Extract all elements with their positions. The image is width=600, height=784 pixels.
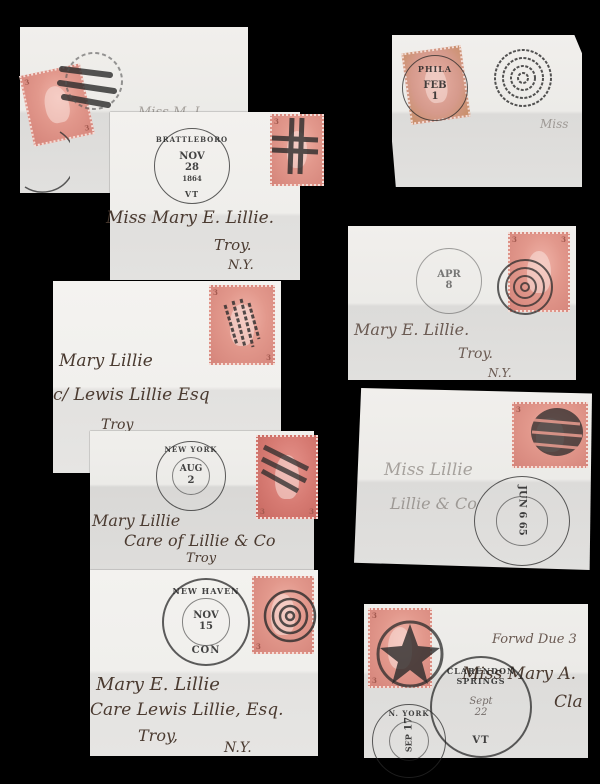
cover-8: NEW HAVEN NOV 15 CON 3 Mary E. Lillie Ca… (90, 570, 318, 756)
target-cancel-icon (492, 47, 554, 109)
address-line-1: Mary E. Lillie. (354, 320, 469, 339)
address-line-1: Miss Mary E. Lillie. (106, 208, 274, 228)
address-line-3: N.Y. (228, 258, 254, 273)
address-line-3: Troy, (138, 726, 178, 745)
address-line: Miss (540, 117, 568, 131)
stamp-9: 3 3 (368, 608, 432, 688)
address-line-1: Mary Lillie (59, 351, 153, 371)
address-line-3: N.Y. (488, 366, 512, 380)
address-line-2: Care of Lillie & Co (124, 531, 275, 550)
postmark-new-york: N. YORK SEP 17 (372, 704, 446, 778)
cover-9: 3 3 Forwd Due 3 Miss Mary A. Cla CLAREND… (364, 604, 588, 758)
cover-7: NEW YORK AUG 2 3 3 Mary Lillie Care of L… (90, 431, 314, 571)
cover-4: APR 8 3 3 Mary E. Lillie. Troy. N.Y. (348, 226, 576, 380)
stamp-4: 3 3 (508, 232, 570, 312)
forwarded-due-notation: Forwd Due 3 (492, 632, 577, 647)
address-line-2: Care Lewis Lillie, Esq. (90, 700, 284, 720)
address-line-2: Lillie & Co (390, 494, 477, 513)
stamp-8: 3 (252, 576, 314, 654)
address-line-4: N.Y. (224, 740, 252, 756)
address-line-2: Cla (554, 692, 583, 712)
address-line-2: Troy. (214, 236, 251, 254)
postmark-jun: JUN 6 65 (474, 476, 570, 566)
address-line-1: Miss Lillie (384, 460, 473, 480)
cover-6: 3 JUN 6 65 Miss Lillie Lillie & Co (354, 388, 592, 570)
address-line-3: Troy (186, 551, 216, 566)
postmark-new-haven: NEW HAVEN NOV 15 CON (162, 578, 250, 666)
stamp-5: 3 3 (209, 285, 275, 365)
address-line-1: Mary Lillie (92, 511, 180, 530)
postmark-brattleboro: BRATTLEBORO NOV 28 1864 VT (154, 128, 230, 204)
address-line-1: Mary E. Lillie (96, 674, 220, 695)
address-line-2: Troy. (458, 346, 493, 362)
postmark-new-york: NEW YORK AUG 2 (156, 441, 226, 511)
stamp-7: 3 3 (256, 435, 318, 519)
postmark-apr: APR 8 (416, 248, 482, 314)
stamp-2: 3 (270, 114, 324, 186)
address-line-2: c/ Lewis Lillie Esq (53, 385, 210, 405)
cover-3: PHILA FEB 1 Miss (392, 35, 582, 187)
stamp-6: 3 (512, 402, 588, 468)
stamp-1: 3 3 (19, 63, 95, 146)
postmark-phila: PHILA FEB 1 (402, 55, 468, 121)
cover-2: BRATTLEBORO NOV 28 1864 VT 3 Miss Mary E… (110, 112, 300, 280)
